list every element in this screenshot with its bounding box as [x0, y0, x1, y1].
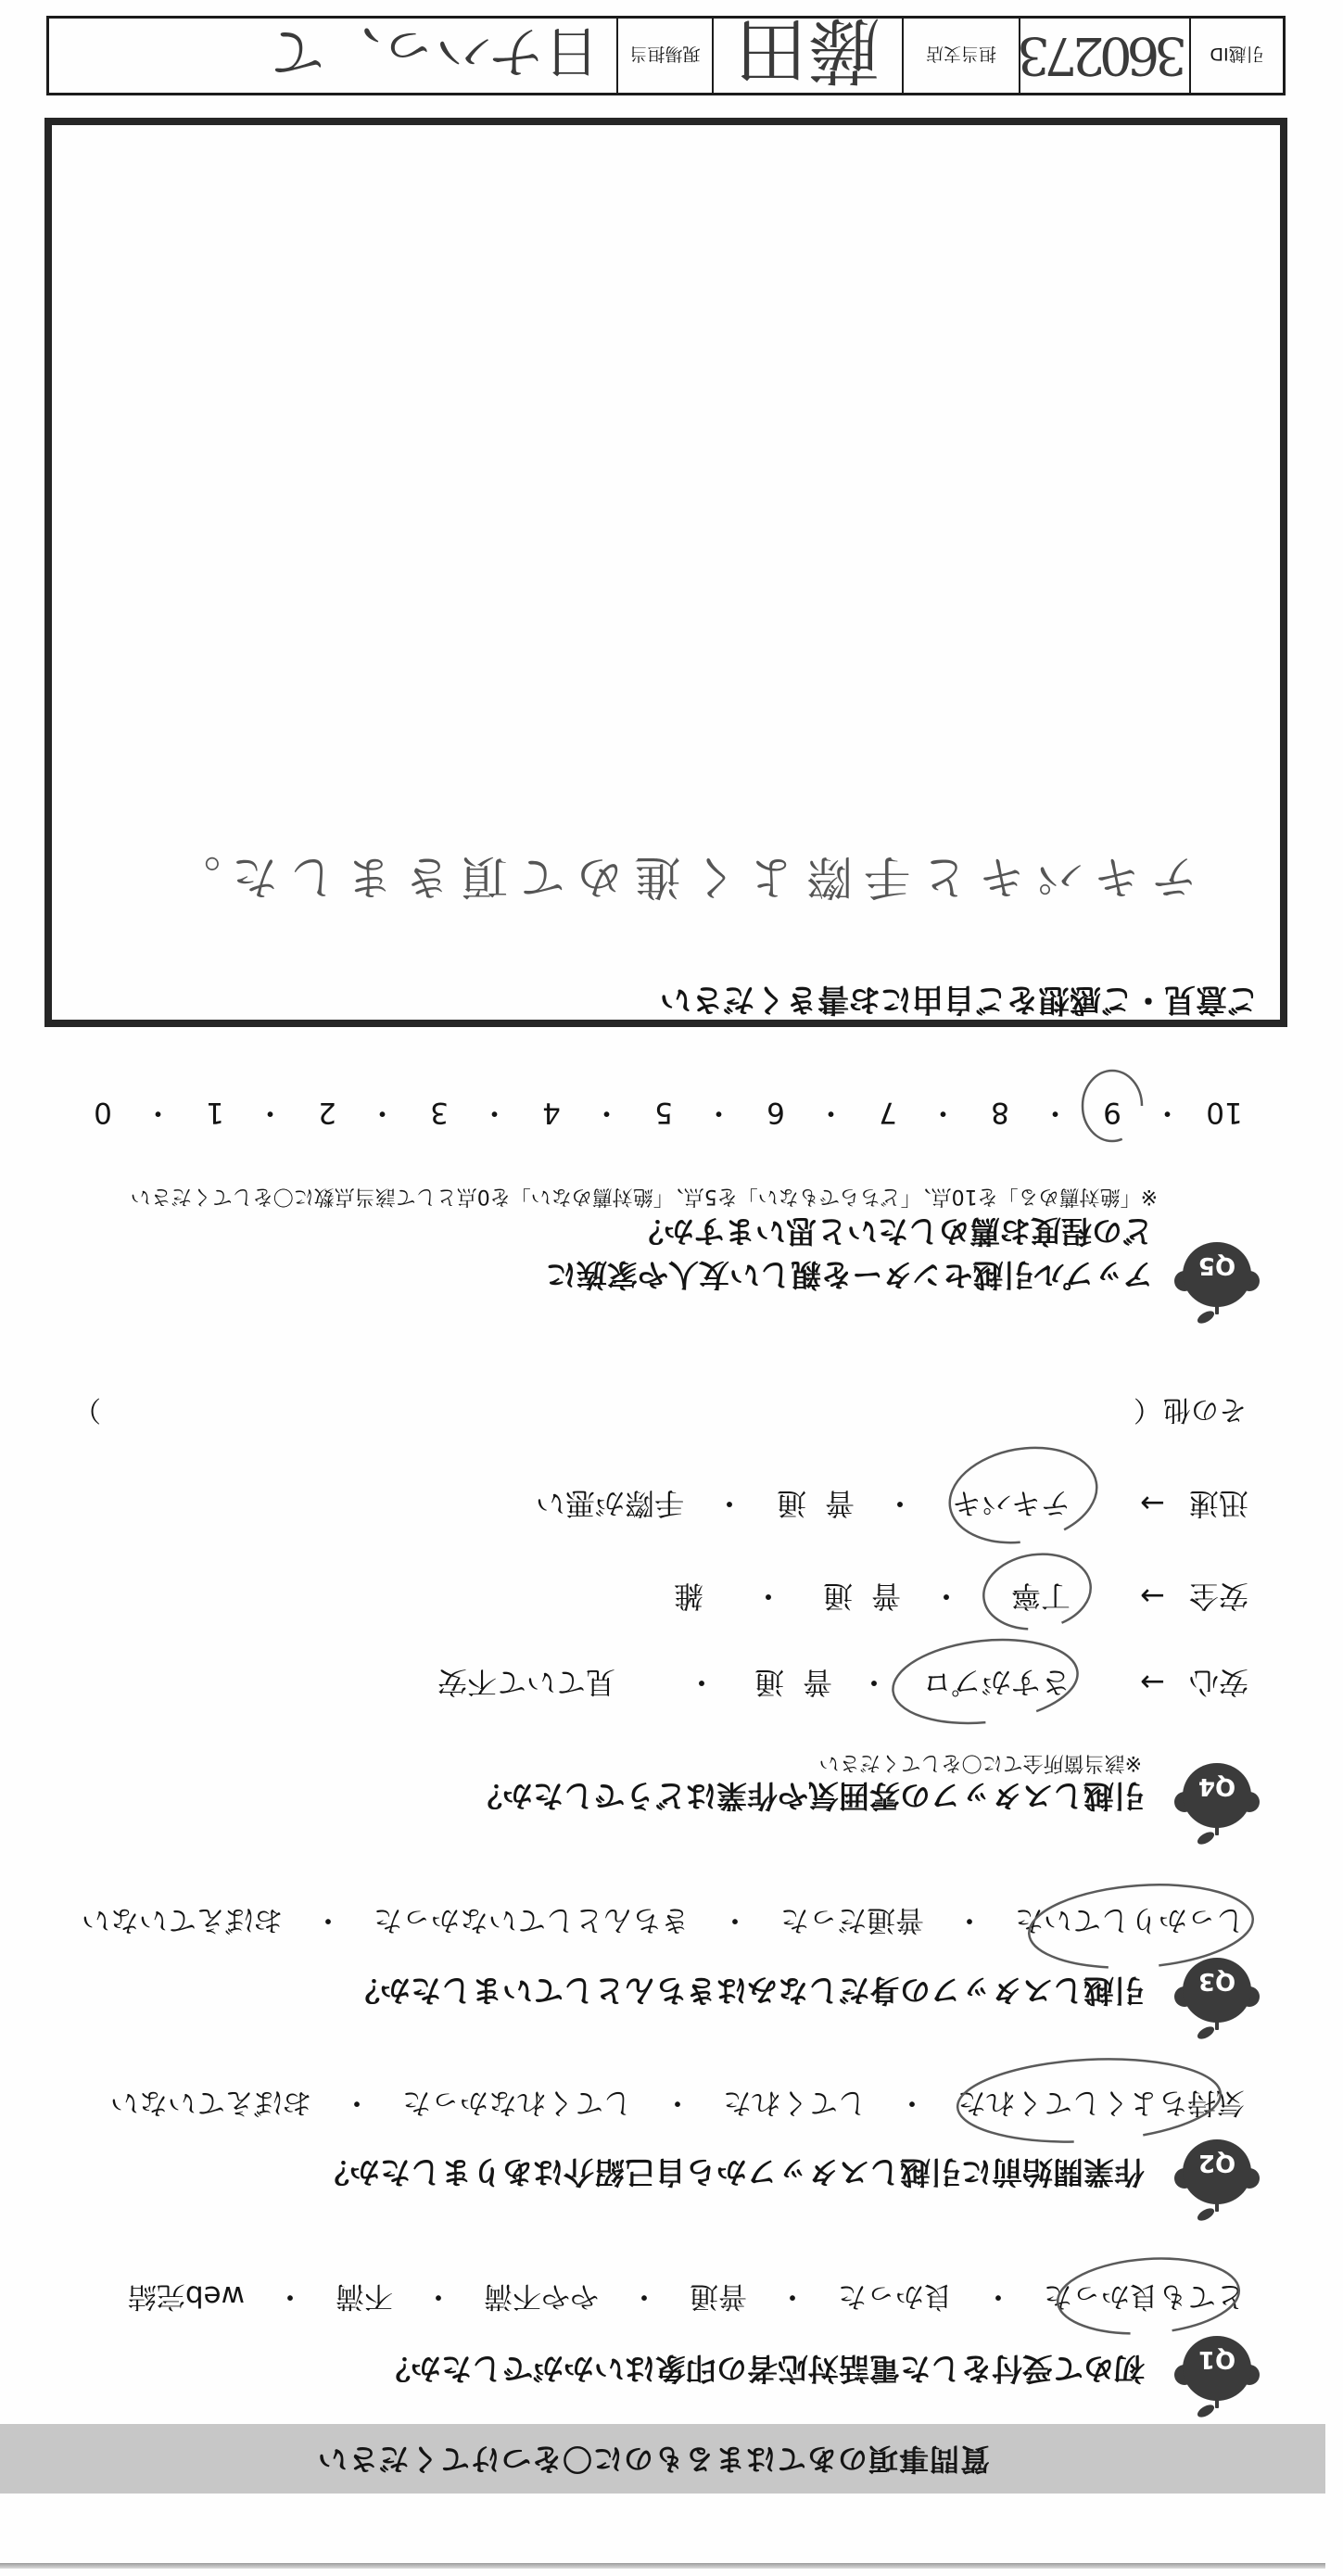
- separator: ・: [930, 1094, 957, 1131]
- q2-option: おぼえていない: [110, 2086, 311, 2127]
- q2-option: 気持ちよくしてくれた: [957, 2086, 1245, 2127]
- q3-option: きちんとしていなかった: [374, 1903, 690, 1945]
- q3-option: しっかりしていた: [1015, 1903, 1245, 1945]
- q1-option: 不満: [336, 2279, 393, 2321]
- q1-option: とても良かった: [1044, 2279, 1245, 2321]
- rating-value: 1: [187, 1094, 243, 1131]
- staff-label: 現場担当: [616, 19, 712, 93]
- q4-question: 引越しスタッフの雰囲気や作業はどうでしたか？: [472, 1777, 1145, 1814]
- q2-apple-badge-icon: Q2: [1171, 2127, 1263, 2229]
- q1-option: 普通: [690, 2279, 747, 2321]
- q4-option: 見ていて不安: [437, 1664, 615, 1701]
- q5-note: ※「絶対薦める」を10点、「どちらでもない」を5点、「絶対薦めない」を0点として…: [131, 1182, 1158, 1210]
- separator: ・: [1154, 1094, 1182, 1131]
- branch-cell: 藤田: [712, 19, 902, 93]
- q1-option: web完結: [128, 2279, 245, 2321]
- q5-question-line1: アップル引越センターを親しい友人や家族に: [546, 1256, 1153, 1293]
- scan-edge-line: [0, 2563, 1325, 2569]
- q2-options: 気持ちよくしてくれた ・ してくれた ・ してくれなかった ・ おぼえていない: [110, 2087, 1245, 2125]
- staff-value: 日ナハっ、て: [270, 16, 600, 95]
- move-id-value: 360273: [1022, 26, 1187, 86]
- staff-cell: 日ナハっ、て: [49, 19, 616, 93]
- move-id-cell: 360273: [1019, 19, 1189, 93]
- separator: ・: [311, 2086, 402, 2127]
- separator: ・: [369, 1094, 397, 1131]
- q4-option: 丁寧: [1011, 1578, 1071, 1615]
- q1-question: 初めて受付をした電話対応者の印象はいかがでしたか？: [380, 2350, 1145, 2387]
- separator: ・: [687, 1664, 716, 1701]
- q5-question-line2: どの程度お薦めしたいと思いますか？: [633, 1212, 1153, 1250]
- rating-value: 10: [1197, 1094, 1252, 1131]
- separator: ・: [593, 1094, 621, 1131]
- rating-value: 6: [748, 1094, 804, 1131]
- q4-badge-label: Q4: [1198, 1772, 1235, 1800]
- separator: ・: [690, 1903, 780, 1945]
- q3-apple-badge-icon: Q3: [1171, 1946, 1263, 2048]
- move-id-label: 引越ID: [1189, 19, 1283, 93]
- q2-question: 作業開始前に引越しスタッフから自己紹介はありましたか？: [319, 2153, 1145, 2190]
- rating-value: 4: [524, 1094, 579, 1131]
- separator: ・: [145, 1094, 172, 1131]
- q2-badge-label: Q2: [1198, 2149, 1235, 2176]
- q4-option: テキパキ: [952, 1485, 1071, 1522]
- q1-option: やや不満: [484, 2279, 599, 2321]
- q4-row-label: 安心: [1189, 1664, 1248, 1701]
- q4-option: 雑: [674, 1578, 703, 1615]
- header-info-table: 引越ID 360273 担当支店 藤田 現場担当 日ナハっ、て: [46, 16, 1286, 95]
- q4-option: 普通: [736, 1664, 832, 1701]
- q4-row-jinsoku: 迅速 → テキパキ ・ 普通 ・ 手際が悪い: [0, 1485, 1343, 1522]
- branch-label: 担当支店: [902, 19, 1019, 93]
- rating-value: 2: [299, 1094, 355, 1131]
- separator: ・: [754, 1578, 783, 1615]
- q1-option: 良かった: [838, 2279, 953, 2321]
- q5-rating-scale: 10 ・ 9 ・ 8 ・ 7 ・ 6 ・ 5 ・ 4 ・ 3 ・ 2 ・ 1 ・…: [0, 1094, 1343, 1131]
- q4-row-other: その他 （ ）: [0, 1390, 1343, 1428]
- q3-badge-label: Q3: [1198, 1967, 1235, 1995]
- q4-row-label: 迅速: [1189, 1485, 1248, 1522]
- q3-options: しっかりしていた ・ 普通だった ・ きちんとしていなかった ・ おぼえていない: [82, 1905, 1245, 1942]
- q1-options: とても良かった ・ 良かった ・ 普通 ・ やや不満 ・ 不満 ・ web完結: [128, 2281, 1245, 2318]
- separator: ・: [924, 1903, 1015, 1945]
- q3-option: 普通だった: [780, 1903, 924, 1945]
- separator: ・: [817, 1094, 845, 1131]
- separator: ・: [393, 2279, 484, 2321]
- separator: ・: [953, 2279, 1044, 2321]
- rating-value: 0: [75, 1094, 131, 1131]
- q4-row-anshin: 安心 → さすがプロ ・ 普通 ・ 見ていて不安: [0, 1664, 1343, 1701]
- survey-form-page: 質問事項のあてはまるものに〇をつけてください Q1 初めて受付をした電話対応者の…: [0, 0, 1343, 2576]
- branch-value: 藤田: [736, 4, 881, 108]
- separator: ・: [1042, 1094, 1070, 1131]
- q4-other-open-paren: （: [1134, 1390, 1161, 1428]
- separator: ・: [859, 1664, 889, 1701]
- arrow-right-icon: →: [1140, 1578, 1165, 1615]
- separator: ・: [481, 1094, 509, 1131]
- separator: ・: [632, 2086, 723, 2127]
- q4-row-anzen: 安全 → 丁寧 ・ 普通 ・ 雑: [0, 1578, 1343, 1615]
- q4-option: 手際が悪い: [536, 1485, 684, 1522]
- separator: ・: [245, 2279, 336, 2321]
- separator: ・: [705, 1094, 733, 1131]
- q1-apple-badge-icon: Q1: [1171, 2324, 1263, 2426]
- comment-box-heading: ご意見・ご感想をご自由にお書きください: [660, 979, 1259, 1020]
- separator: ・: [867, 2086, 957, 2127]
- q2-option: してくれた: [723, 2086, 867, 2127]
- q3-question: 引越しスタッフの身だしなみはきちんとしていましたか？: [349, 1972, 1145, 2009]
- q1-badge-label: Q1: [1198, 2345, 1235, 2373]
- q4-apple-badge-icon: Q4: [1171, 1751, 1263, 1853]
- separator: ・: [257, 1094, 285, 1131]
- q4-option: 普通: [805, 1578, 901, 1615]
- rating-value: 8: [972, 1094, 1028, 1131]
- q4-other-close-paren: ）: [73, 1390, 101, 1428]
- separator: ・: [931, 1578, 961, 1615]
- separator: ・: [715, 1485, 744, 1522]
- q4-note: ※該当箇所全てに〇をしてください: [819, 1748, 1142, 1776]
- rating-value: 9: [1084, 1094, 1140, 1131]
- q5-badge-label: Q5: [1198, 1251, 1235, 1279]
- arrow-right-icon: →: [1140, 1664, 1165, 1701]
- q4-row-label: 安全: [1189, 1578, 1248, 1615]
- handwritten-comment: テキパキと手際よく進めて頂きました。: [163, 844, 1197, 909]
- rating-value: 7: [860, 1094, 916, 1131]
- rating-value: 3: [412, 1094, 467, 1131]
- q4-option: 普通: [758, 1485, 855, 1522]
- separator: ・: [283, 1903, 374, 1945]
- q3-option: おぼえていない: [82, 1903, 283, 1945]
- q4-option: さすがプロ: [922, 1664, 1071, 1701]
- arrow-right-icon: →: [1140, 1485, 1165, 1522]
- instructions-text: 質問事項のあてはまるものに〇をつけてください: [317, 2424, 990, 2494]
- q4-other-label: その他: [1163, 1390, 1247, 1428]
- separator: ・: [747, 2279, 838, 2321]
- rating-value: 5: [636, 1094, 691, 1131]
- separator: ・: [599, 2279, 690, 2321]
- separator: ・: [885, 1485, 915, 1522]
- q5-apple-badge-icon: Q5: [1171, 1230, 1263, 1332]
- q2-option: してくれなかった: [402, 2086, 632, 2127]
